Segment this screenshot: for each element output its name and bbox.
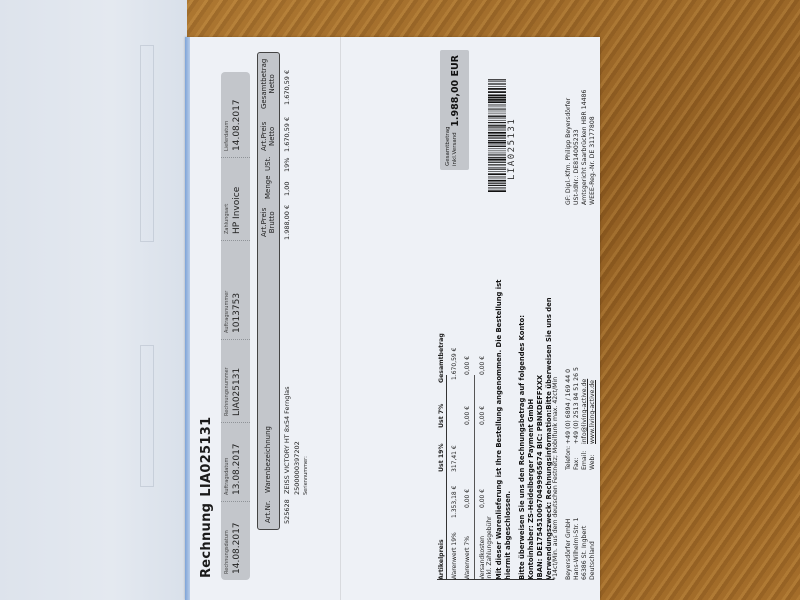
meta-value: LIA025131 <box>231 345 243 416</box>
grand-total-box: Gesamtbetraginkl.Versand 1.988,00 EUR <box>440 50 469 170</box>
divider <box>474 375 475 580</box>
totals-row-total: 1.670,59 € <box>451 348 458 380</box>
meta-field: Lieferdatum14.08.2017 <box>221 69 250 157</box>
payment-instructions: Bitte überweisen Sie uns den Rechnungsbe… <box>518 160 554 580</box>
meta-label: Rechnungsnummer <box>224 345 231 416</box>
col-price-gross: Art.PreisBrutto <box>260 208 276 237</box>
grand-total-label: Gesamtbetrag <box>445 126 451 166</box>
totals-row-label: Versandkosten <box>479 536 486 580</box>
item-serial: 2500000397202 Seriennummer: <box>293 441 311 495</box>
items-table-header: Art.Nr. Warenbezeichnung Art.PreisBrutto… <box>257 52 280 530</box>
invoice-paper: RechnungLIA025131 Rechnungsdatum14.08.20… <box>185 37 600 600</box>
totals-row-label: Warenwert 19% <box>451 532 458 580</box>
web-link[interactable]: www.living-active.de <box>589 380 596 444</box>
meta-label: Auftragsdatum <box>224 428 231 495</box>
meta-value: 14.08.2017 <box>231 507 243 574</box>
meta-value: 14.08.2017 <box>231 74 243 151</box>
col-total-net: GesamtbetragNetto <box>260 59 276 109</box>
item-price-gross: 1.988,00 € <box>283 205 291 240</box>
col-description: Warenbezeichnung <box>264 426 272 493</box>
ghost-table <box>140 45 154 242</box>
col-art-nr: Art.Nr. <box>264 501 272 523</box>
meta-field: Auftragsdatum13.08.2017 <box>221 422 250 501</box>
totals-row-total: 0,00 € <box>479 356 486 375</box>
item-art-nr: 525628 <box>283 499 291 524</box>
meta-field: Rechnungsdatum14.08.2017 <box>221 501 250 580</box>
barcode-text: LIA025131 <box>507 118 517 180</box>
acceptance-notice: Mit dieser Warenlieferung ist Ihre Beste… <box>495 160 513 580</box>
divider <box>446 375 447 580</box>
meta-field: RechnungsnummerLIA025131 <box>221 339 250 422</box>
meta-label: Rechnungsdatum <box>224 507 231 574</box>
col-quantity: Menge <box>264 175 272 199</box>
totals-header-label: Artikelpreis <box>438 539 445 580</box>
totals-row-ust7: 0,00 € <box>464 406 471 425</box>
totals-row-price: 0,00 € <box>464 489 471 508</box>
ghost-table <box>140 345 154 487</box>
page-title: RechnungLIA025131 <box>199 411 214 578</box>
serial-number: 2500000397202 <box>293 441 302 495</box>
item-vat: 19% <box>283 158 291 172</box>
meta-field: Auftragsnummer1013753 <box>221 240 250 339</box>
totals-header-ust7: Ust 7% <box>438 404 445 428</box>
totals-row-price: 0,00 € <box>479 489 486 508</box>
meta-field: ZahlungsartHP Invoice <box>221 157 250 240</box>
meta-label: Auftragsnummer <box>224 246 231 333</box>
grand-total-sublabel: inkl.Versand <box>452 132 458 166</box>
item-description: ZEISS VICTORY HT 8x54 Fernglas <box>283 386 291 494</box>
barcode <box>488 50 506 192</box>
totals-row-ust7: 0,00 € <box>479 406 486 425</box>
company-legal: GF: Dipl.-Kfm. Philipp Beyersdörfer USt-… <box>565 90 597 205</box>
col-vat: USt. <box>264 156 272 171</box>
item-price-net: 1.670,59 € <box>283 117 291 152</box>
col-price-net: Art.PreisNetto <box>260 122 276 151</box>
invoice-meta: Rechnungsdatum14.08.2017Auftragsdatum13.… <box>221 72 250 580</box>
grand-total-value: 1.988,00 EUR <box>450 55 461 127</box>
totals-header-total: Gesamtbetrag <box>438 333 445 383</box>
phone-number: +49 (0) 6894 / 169 44 0 <box>565 369 572 444</box>
serial-label: Seriennummer: <box>302 441 311 495</box>
meta-value: 13.08.2017 <box>231 428 243 495</box>
item-quantity: 1,00 <box>283 182 291 196</box>
meta-label: Zahlungsart <box>224 163 231 234</box>
totals-row-label2: inkl. Zahlungsgebühr <box>486 516 493 580</box>
meta-value: 1013753 <box>231 246 243 333</box>
meta-label: Lieferdatum <box>224 74 231 151</box>
invoice-document: RechnungLIA025131 Rechnungsdatum14.08.20… <box>185 37 600 600</box>
meta-value: HP Invoice <box>231 163 243 234</box>
company-address: Beyersdörfer GmbH Hans-Wilhelmi-Str. 1 6… <box>565 517 597 580</box>
totals-row-total: 0,00 € <box>464 356 471 375</box>
totals-row-ust19: 317,41 € <box>451 445 458 472</box>
fax-number: +49 (0) 2513 84 51 26 5 <box>573 367 580 444</box>
background-sheet <box>0 0 187 600</box>
footer-note: *14ct/Min. aus dem deutschen Festnetz; M… <box>552 377 560 580</box>
item-total-net: 1.670,59 € <box>283 70 291 105</box>
company-contact: Telefon:+49 (0) 6894 / 169 44 0 Fax:+49 … <box>565 367 597 470</box>
email-link[interactable]: info@living-active.de <box>581 379 588 444</box>
totals-row-price: 1.353,18 € <box>451 486 458 518</box>
totals-row-label: Warenwert 7% <box>464 536 471 580</box>
totals-header-ust19: Ust 19% <box>438 443 445 472</box>
divider <box>437 579 554 580</box>
